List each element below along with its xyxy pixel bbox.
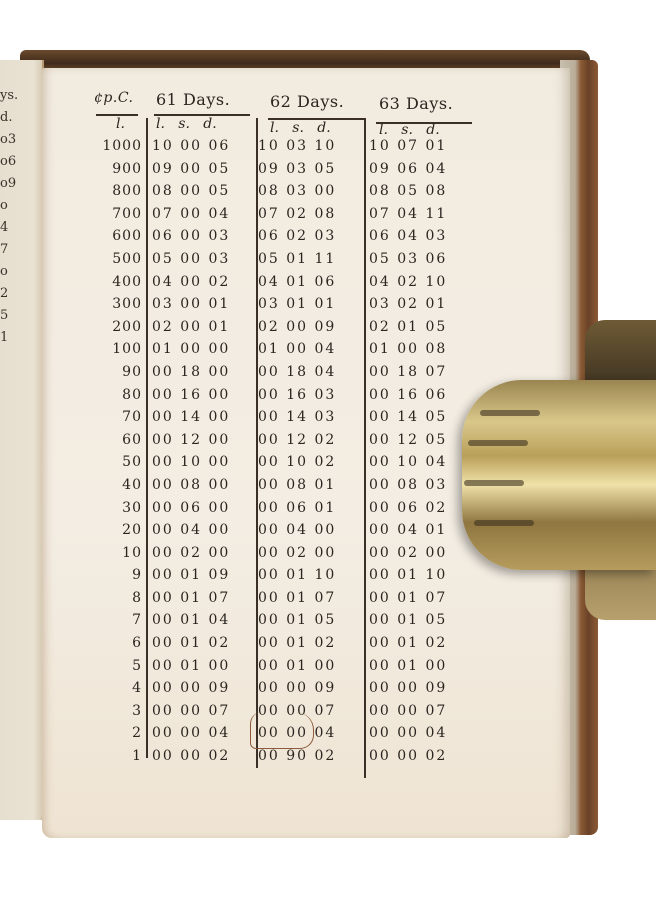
principal-cell: 90 xyxy=(94,364,142,380)
interest-63-cell: 00 00 02 xyxy=(369,748,447,764)
interest-63-cell: 02 01 05 xyxy=(369,319,447,335)
column-divider xyxy=(146,118,148,758)
interest-63-cell: 06 04 03 xyxy=(369,228,447,244)
interest-63-cell: 00 01 10 xyxy=(369,567,447,583)
principal-cell: 80 xyxy=(94,387,142,403)
interest-61-cell: 00 00 04 xyxy=(152,725,230,741)
interest-61-cell: 00 00 07 xyxy=(152,703,230,719)
interest-62-cell: 00 18 04 xyxy=(258,364,336,380)
table-row: 500 01 0000 01 0000 01 00 xyxy=(94,658,474,681)
header-61-days: 61 Days. xyxy=(156,90,230,109)
interest-61-cell: 03 00 01 xyxy=(152,296,230,312)
table-row: 8000 16 0000 16 0300 16 06 xyxy=(94,387,474,410)
interest-62-cell: 00 06 01 xyxy=(258,500,336,516)
interest-61-cell: 00 01 09 xyxy=(152,567,230,583)
principal-cell: 8 xyxy=(94,590,142,606)
table-row: 60006 00 0306 02 0306 04 03 xyxy=(94,228,474,251)
interest-63-cell: 00 00 09 xyxy=(369,680,447,696)
table-row: 9000 18 0000 18 0400 18 07 xyxy=(94,364,474,387)
interest-62-cell: 00 01 00 xyxy=(258,658,336,674)
interest-63-cell: 00 04 01 xyxy=(369,522,447,538)
principal-cell: 900 xyxy=(94,161,142,177)
interest-63-cell: 00 14 05 xyxy=(369,409,447,425)
interest-63-cell: 05 03 06 xyxy=(369,251,447,267)
interest-63-cell: 00 10 04 xyxy=(369,454,447,470)
interest-62-cell: 00 10 02 xyxy=(258,454,336,470)
principal-cell: 6 xyxy=(94,635,142,651)
interest-63-cell: 00 01 02 xyxy=(369,635,447,651)
interest-62-cell: 07 02 08 xyxy=(258,206,336,222)
left-page-fragment: o xyxy=(0,264,8,279)
interest-63-cell: 00 01 07 xyxy=(369,590,447,606)
header-62-days: 62 Days. xyxy=(270,92,344,111)
interest-61-cell: 04 00 02 xyxy=(152,274,230,290)
facing-left-page: ys.d.o3o6o9o47o251 xyxy=(0,60,44,820)
interest-63-cell: 00 18 07 xyxy=(369,364,447,380)
interest-62-cell: 00 08 01 xyxy=(258,477,336,493)
interest-62-cell: 00 01 10 xyxy=(258,567,336,583)
interest-63-cell: 03 02 01 xyxy=(369,296,447,312)
interest-61-cell: 00 00 09 xyxy=(152,680,230,696)
principal-cell: 4 xyxy=(94,680,142,696)
left-page-fragment: 1 xyxy=(0,330,8,345)
table-row: 50005 00 0305 01 1105 03 06 xyxy=(94,251,474,274)
interest-63-cell: 00 01 00 xyxy=(369,658,447,674)
left-page-fragment: 2 xyxy=(0,286,8,301)
header-principal: ¢p.C. xyxy=(94,90,133,106)
subheader-principal: l. xyxy=(116,116,125,132)
table-body: 100010 00 0610 03 1010 07 0190009 00 050… xyxy=(94,138,474,771)
interest-61-cell: 06 00 03 xyxy=(152,228,230,244)
interest-61-cell: 05 00 03 xyxy=(152,251,230,267)
interest-61-cell: 01 00 00 xyxy=(152,341,230,357)
table-row: 30003 00 0103 01 0103 02 01 xyxy=(94,296,474,319)
interest-61-cell: 00 02 00 xyxy=(152,545,230,561)
principal-cell: 1000 xyxy=(94,138,142,154)
left-page-fragment: o xyxy=(0,198,8,213)
interest-61-cell: 00 04 00 xyxy=(152,522,230,538)
interest-61-cell: 00 08 00 xyxy=(152,477,230,493)
table-row: 100010 00 0610 03 1010 07 01 xyxy=(94,138,474,161)
interest-61-cell: 09 00 05 xyxy=(152,161,230,177)
interest-62-cell: 06 02 03 xyxy=(258,228,336,244)
interest-63-cell: 09 06 04 xyxy=(369,161,447,177)
interest-61-cell: 00 01 02 xyxy=(152,635,230,651)
left-page-fragment: 4 xyxy=(0,220,8,235)
interest-63-cell: 00 16 06 xyxy=(369,387,447,403)
interest-62-cell: 00 00 09 xyxy=(258,680,336,696)
table-row: 90009 00 0509 03 0509 06 04 xyxy=(94,161,474,184)
table-row: 2000 04 0000 04 0000 04 01 xyxy=(94,522,474,545)
interest-62-cell: 00 02 00 xyxy=(258,545,336,561)
brass-page-clamp xyxy=(462,380,656,570)
interest-62-cell: 00 90 02 xyxy=(258,748,336,764)
interest-62-cell: 00 01 02 xyxy=(258,635,336,651)
interest-63-cell: 00 08 03 xyxy=(369,477,447,493)
table-row: 700 01 0400 01 0500 01 05 xyxy=(94,612,474,635)
principal-cell: 400 xyxy=(94,274,142,290)
principal-cell: 20 xyxy=(94,522,142,538)
table-row: 800 01 0700 01 0700 01 07 xyxy=(94,590,474,613)
interest-62-cell: 00 04 00 xyxy=(258,522,336,538)
principal-cell: 60 xyxy=(94,432,142,448)
principal-cell: 70 xyxy=(94,409,142,425)
interest-61-cell: 00 01 07 xyxy=(152,590,230,606)
table-row: 5000 10 0000 10 0200 10 04 xyxy=(94,454,474,477)
table-row: 900 01 0900 01 1000 01 10 xyxy=(94,567,474,590)
principal-cell: 40 xyxy=(94,477,142,493)
table-row: 4000 08 0000 08 0100 08 03 xyxy=(94,477,474,500)
principal-cell: 700 xyxy=(94,206,142,222)
principal-cell: 500 xyxy=(94,251,142,267)
interest-61-cell: 10 00 06 xyxy=(152,138,230,154)
principal-cell: 600 xyxy=(94,228,142,244)
subheader-62: l. s. d. xyxy=(270,120,331,136)
table-row: 40004 00 0204 01 0604 02 10 xyxy=(94,274,474,297)
interest-61-cell: 00 10 00 xyxy=(152,454,230,470)
interest-62-cell: 00 01 05 xyxy=(258,612,336,628)
interest-table: ¢p.C. 61 Days. 62 Days. 63 Days. l. l. s… xyxy=(94,90,474,771)
interest-62-cell: 05 01 11 xyxy=(258,251,336,267)
interest-63-cell: 10 07 01 xyxy=(369,138,447,154)
principal-cell: 300 xyxy=(94,296,142,312)
table-row: 70007 00 0407 02 0807 04 11 xyxy=(94,206,474,229)
subheader-63: l. s. d. xyxy=(379,122,440,138)
table-row: 1000 02 0000 02 0000 02 00 xyxy=(94,545,474,568)
table-row: 6000 12 0000 12 0200 12 05 xyxy=(94,432,474,455)
interest-61-cell: 02 00 01 xyxy=(152,319,230,335)
interest-63-cell: 07 04 11 xyxy=(369,206,447,222)
interest-61-cell: 00 12 00 xyxy=(152,432,230,448)
principal-cell: 5 xyxy=(94,658,142,674)
interest-63-cell: 00 12 05 xyxy=(369,432,447,448)
table-subheader-row: l. l. s. d. l. s. d. l. s. d. xyxy=(94,116,474,138)
principal-cell: 10 xyxy=(94,545,142,561)
interest-62-cell: 03 01 01 xyxy=(258,296,336,312)
left-page-fragment: o6 xyxy=(0,154,16,169)
interest-63-cell: 00 00 04 xyxy=(369,725,447,741)
principal-cell: 200 xyxy=(94,319,142,335)
interest-63-cell: 04 02 10 xyxy=(369,274,447,290)
interest-63-cell: 08 05 08 xyxy=(369,183,447,199)
interest-62-cell: 00 01 07 xyxy=(258,590,336,606)
subheader-61: l. s. d. xyxy=(156,116,217,132)
table-row: 80008 00 0508 03 0008 05 08 xyxy=(94,183,474,206)
interest-62-cell: 09 03 05 xyxy=(258,161,336,177)
table-row: 10001 00 0001 00 0401 00 08 xyxy=(94,341,474,364)
interest-63-cell: 00 02 00 xyxy=(369,545,447,561)
interest-61-cell: 00 06 00 xyxy=(152,500,230,516)
interest-63-cell: 00 06 02 xyxy=(369,500,447,516)
interest-61-cell: 00 00 02 xyxy=(152,748,230,764)
interest-62-cell: 04 01 06 xyxy=(258,274,336,290)
interest-63-cell: 00 01 05 xyxy=(369,612,447,628)
left-page-fragment: d. xyxy=(0,110,12,125)
interest-62-cell: 01 00 04 xyxy=(258,341,336,357)
interest-61-cell: 00 14 00 xyxy=(152,409,230,425)
principal-cell: 800 xyxy=(94,183,142,199)
table-row: 7000 14 0000 14 0300 14 05 xyxy=(94,409,474,432)
left-page-fragment: o9 xyxy=(0,176,16,191)
left-page-fragment: 7 xyxy=(0,242,8,257)
table-row: 3000 06 0000 06 0100 06 02 xyxy=(94,500,474,523)
interest-61-cell: 00 01 04 xyxy=(152,612,230,628)
table-row: 20002 00 0102 00 0902 01 05 xyxy=(94,319,474,342)
interest-62-cell: 00 14 03 xyxy=(258,409,336,425)
principal-cell: 100 xyxy=(94,341,142,357)
table-header-row: ¢p.C. 61 Days. 62 Days. 63 Days. xyxy=(94,90,474,116)
interest-62-cell: 00 12 02 xyxy=(258,432,336,448)
column-divider xyxy=(364,118,366,778)
table-row: 400 00 0900 00 0900 00 09 xyxy=(94,680,474,703)
interest-63-cell: 01 00 08 xyxy=(369,341,447,357)
column-divider xyxy=(256,118,258,768)
left-page-fragment: o3 xyxy=(0,132,16,147)
header-63-days: 63 Days. xyxy=(379,94,453,113)
interest-61-cell: 00 18 00 xyxy=(152,364,230,380)
interest-61-cell: 07 00 04 xyxy=(152,206,230,222)
interest-61-cell: 08 00 05 xyxy=(152,183,230,199)
principal-cell: 9 xyxy=(94,567,142,583)
principal-cell: 2 xyxy=(94,725,142,741)
interest-61-cell: 00 01 00 xyxy=(152,658,230,674)
interest-62-cell: 00 16 03 xyxy=(258,387,336,403)
left-page-fragment: 5 xyxy=(0,308,8,323)
interest-63-cell: 00 00 07 xyxy=(369,703,447,719)
handwritten-annotation xyxy=(250,712,314,749)
interest-61-cell: 00 16 00 xyxy=(152,387,230,403)
interest-62-cell: 10 03 10 xyxy=(258,138,336,154)
principal-cell: 1 xyxy=(94,748,142,764)
left-page-fragment: ys. xyxy=(0,88,18,103)
table-row: 600 01 0200 01 0200 01 02 xyxy=(94,635,474,658)
principal-cell: 7 xyxy=(94,612,142,628)
principal-cell: 50 xyxy=(94,454,142,470)
interest-62-cell: 08 03 00 xyxy=(258,183,336,199)
principal-cell: 30 xyxy=(94,500,142,516)
principal-cell: 3 xyxy=(94,703,142,719)
interest-62-cell: 02 00 09 xyxy=(258,319,336,335)
table-row: 100 00 0200 90 0200 00 02 xyxy=(94,748,474,771)
